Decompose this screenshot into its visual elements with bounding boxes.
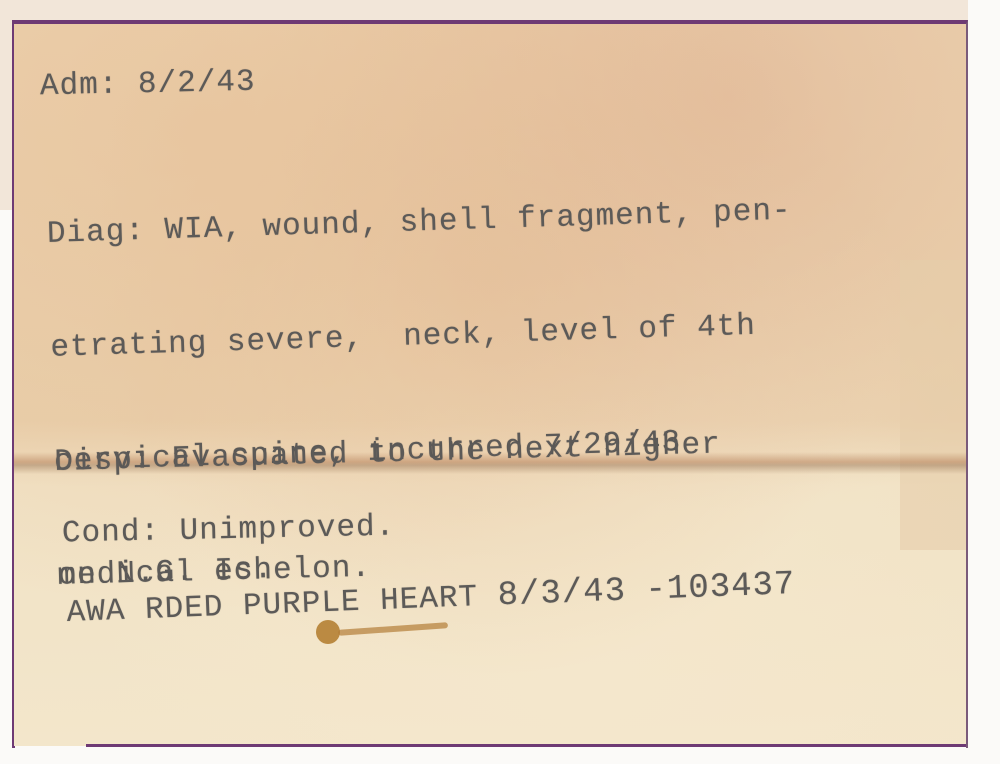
card-bottom-edge bbox=[86, 744, 966, 747]
condition: Cond: Unimproved. bbox=[62, 509, 396, 554]
ink-stain bbox=[316, 620, 340, 644]
paper-patch bbox=[900, 260, 966, 550]
admission-date: Adm: 8/2/43 bbox=[40, 64, 256, 107]
diagnosis-line: Diag: WIA, wound, shell fragment, pen- bbox=[46, 193, 792, 254]
award-date: 8/3/43 bbox=[497, 573, 627, 616]
award-number: -103437 bbox=[645, 566, 796, 610]
disposition-line: Disp: Evacuated to the next higher bbox=[54, 427, 721, 482]
